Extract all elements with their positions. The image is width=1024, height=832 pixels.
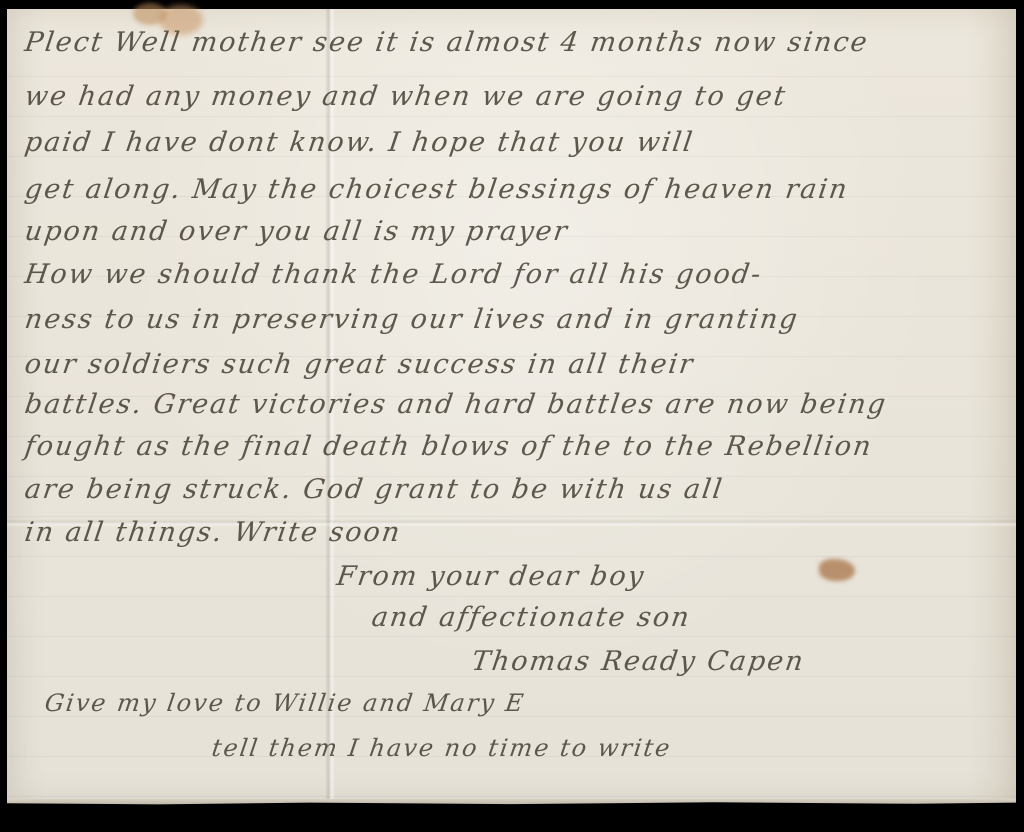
body-line-4: get along. May the choicest blessings of… <box>23 174 851 205</box>
body-line-7: ness to us in preserving our lives and i… <box>23 304 801 335</box>
body-line-8: our soldiers such great success in all t… <box>23 349 697 380</box>
stain-right <box>819 559 855 581</box>
body-line-11: are being struck. God grant to be with u… <box>23 474 726 505</box>
closing-line-2: and affectionate son <box>370 602 693 633</box>
body-line-3: paid I have dont know. I hope that you w… <box>23 127 696 158</box>
body-line-2: we had any money and when we are going t… <box>23 81 789 112</box>
body-line-9: battles. Great victories and hard battle… <box>23 389 889 420</box>
torn-bottom-edge <box>7 799 1016 805</box>
letter-page: Plect Well mother see it is almost 4 mon… <box>7 9 1016 801</box>
closing-line-1: From your dear boy <box>335 561 647 592</box>
body-line-5: upon and over you all is my prayer <box>23 216 571 247</box>
postscript-line-1: Give my love to Willie and Mary E <box>43 689 527 717</box>
body-line-12: in all things. Write soon <box>23 517 404 548</box>
body-line-1: Plect Well mother see it is almost 4 mon… <box>23 27 871 58</box>
body-line-6: How we should thank the Lord for all his… <box>23 259 765 290</box>
body-line-10: fought as the final death blows of the t… <box>23 431 875 462</box>
signature: Thomas Ready Capen <box>470 646 807 677</box>
postscript-line-2: tell them I have no time to write <box>210 734 673 762</box>
